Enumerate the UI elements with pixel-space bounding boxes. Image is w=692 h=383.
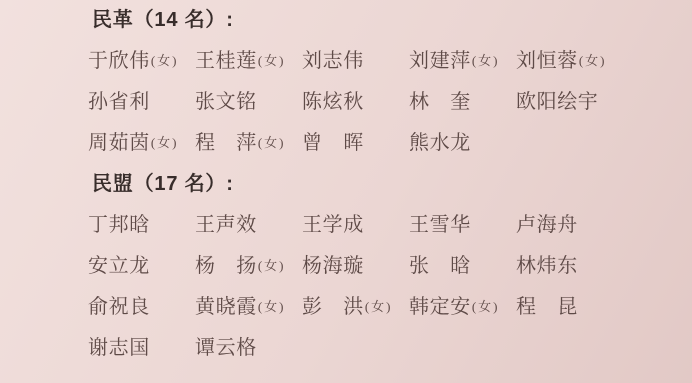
member-cell: 刘恒蓉 (女) [516,44,623,73]
member-cell: 王雪华 [409,208,516,237]
member-list: 民革（14 名）: 于欣伟 (女) 王桂莲 (女) 刘志伟 刘建萍 (女) 刘恒… [0,0,692,366]
party-section: 民盟（17 名）: 丁邦晗 王声效 王学成 王雪华 卢海舟 安立龙 杨 扬 (女… [0,161,692,366]
member-cell: 王声效 [195,208,302,237]
member-name: 孙省利 [88,85,150,114]
female-marker: (女) [258,296,286,315]
member-cell: 程 萍 (女) [195,126,302,155]
member-name: 彭 洪 [302,290,364,319]
member-cell: 陈炫秋 [302,85,409,114]
female-marker: (女) [151,50,179,69]
female-marker: (女) [472,50,500,69]
member-cell: 熊水龙 [409,126,516,155]
member-cell: 张 晗 [409,249,516,278]
member-row: 安立龙 杨 扬 (女) 杨海璇 张 晗 林炜东 [0,243,692,284]
member-cell: 韩定安 (女) [409,290,516,319]
member-name: 曾 晖 [302,126,364,155]
member-name: 陈炫秋 [302,85,364,114]
party-member-rows: 丁邦晗 王声效 王学成 王雪华 卢海舟 安立龙 杨 扬 (女) 杨海璇 张 晗 … [0,202,692,366]
member-row: 丁邦晗 王声效 王学成 王雪华 卢海舟 [0,202,692,243]
member-name: 卢海舟 [516,208,578,237]
party-section-title: 民革（14 名）: [0,0,692,38]
member-cell: 林炜东 [516,249,623,278]
member-cell: 谭云格 [195,331,302,360]
female-marker: (女) [472,296,500,315]
member-name: 俞祝良 [88,290,150,319]
female-marker: (女) [579,50,607,69]
member-name: 王学成 [302,208,364,237]
member-name: 刘建萍 [409,44,471,73]
female-marker: (女) [258,132,286,151]
member-cell: 刘建萍 (女) [409,44,516,73]
member-cell: 周茹茵 (女) [88,126,195,155]
member-name: 刘恒蓉 [516,44,578,73]
female-marker: (女) [365,296,393,315]
member-cell: 黄晓霞 (女) [195,290,302,319]
member-cell: 卢海舟 [516,208,623,237]
member-cell: 谢志国 [88,331,195,360]
member-name: 刘志伟 [302,44,364,73]
member-name: 熊水龙 [409,126,471,155]
member-cell: 欧阳绘宇 [516,85,623,114]
member-cell: 曾 晖 [302,126,409,155]
member-name: 王声效 [195,208,257,237]
member-row: 俞祝良 黄晓霞 (女) 彭 洪 (女) 韩定安 (女) 程 昆 [0,284,692,325]
member-cell: 丁邦晗 [88,208,195,237]
document-page: 民革（14 名）: 于欣伟 (女) 王桂莲 (女) 刘志伟 刘建萍 (女) 刘恒… [0,0,692,383]
member-cell: 王桂莲 (女) [195,44,302,73]
member-cell: 张文铭 [195,85,302,114]
member-cell: 于欣伟 (女) [88,44,195,73]
member-name: 张文铭 [195,85,257,114]
member-cell: 程 昆 [516,290,623,319]
member-name: 黄晓霞 [195,290,257,319]
female-marker: (女) [258,255,286,274]
member-row: 孙省利 张文铭 陈炫秋 林 奎 欧阳绘宇 [0,79,692,120]
member-name: 欧阳绘宇 [516,85,598,114]
member-name: 谭云格 [195,331,257,360]
party-section: 民革（14 名）: 于欣伟 (女) 王桂莲 (女) 刘志伟 刘建萍 (女) 刘恒… [0,0,692,161]
member-name: 王桂莲 [195,44,257,73]
member-name: 杨 扬 [195,249,257,278]
member-name: 于欣伟 [88,44,150,73]
member-name: 杨海璇 [302,249,364,278]
member-name: 周茹茵 [88,126,150,155]
member-name: 王雪华 [409,208,471,237]
member-cell: 孙省利 [88,85,195,114]
member-name: 丁邦晗 [88,208,150,237]
member-cell: 王学成 [302,208,409,237]
member-cell: 安立龙 [88,249,195,278]
member-name: 韩定安 [409,290,471,319]
member-row: 于欣伟 (女) 王桂莲 (女) 刘志伟 刘建萍 (女) 刘恒蓉 (女) [0,38,692,79]
member-name: 安立龙 [88,249,150,278]
member-cell: 杨海璇 [302,249,409,278]
female-marker: (女) [151,132,179,151]
member-name: 谢志国 [88,331,150,360]
member-cell: 林 奎 [409,85,516,114]
member-cell: 俞祝良 [88,290,195,319]
party-section-title: 民盟（17 名）: [0,161,692,202]
member-name: 程 萍 [195,126,257,155]
member-name: 程 昆 [516,290,578,319]
party-member-rows: 于欣伟 (女) 王桂莲 (女) 刘志伟 刘建萍 (女) 刘恒蓉 (女) 孙省利 … [0,38,692,161]
member-row: 谢志国 谭云格 [0,325,692,366]
female-marker: (女) [258,50,286,69]
member-cell: 杨 扬 (女) [195,249,302,278]
member-row: 周茹茵 (女) 程 萍 (女) 曾 晖 熊水龙 [0,120,692,161]
member-name: 林炜东 [516,249,578,278]
member-name: 张 晗 [409,249,471,278]
member-cell: 彭 洪 (女) [302,290,409,319]
member-name: 林 奎 [409,85,471,114]
member-cell: 刘志伟 [302,44,409,73]
